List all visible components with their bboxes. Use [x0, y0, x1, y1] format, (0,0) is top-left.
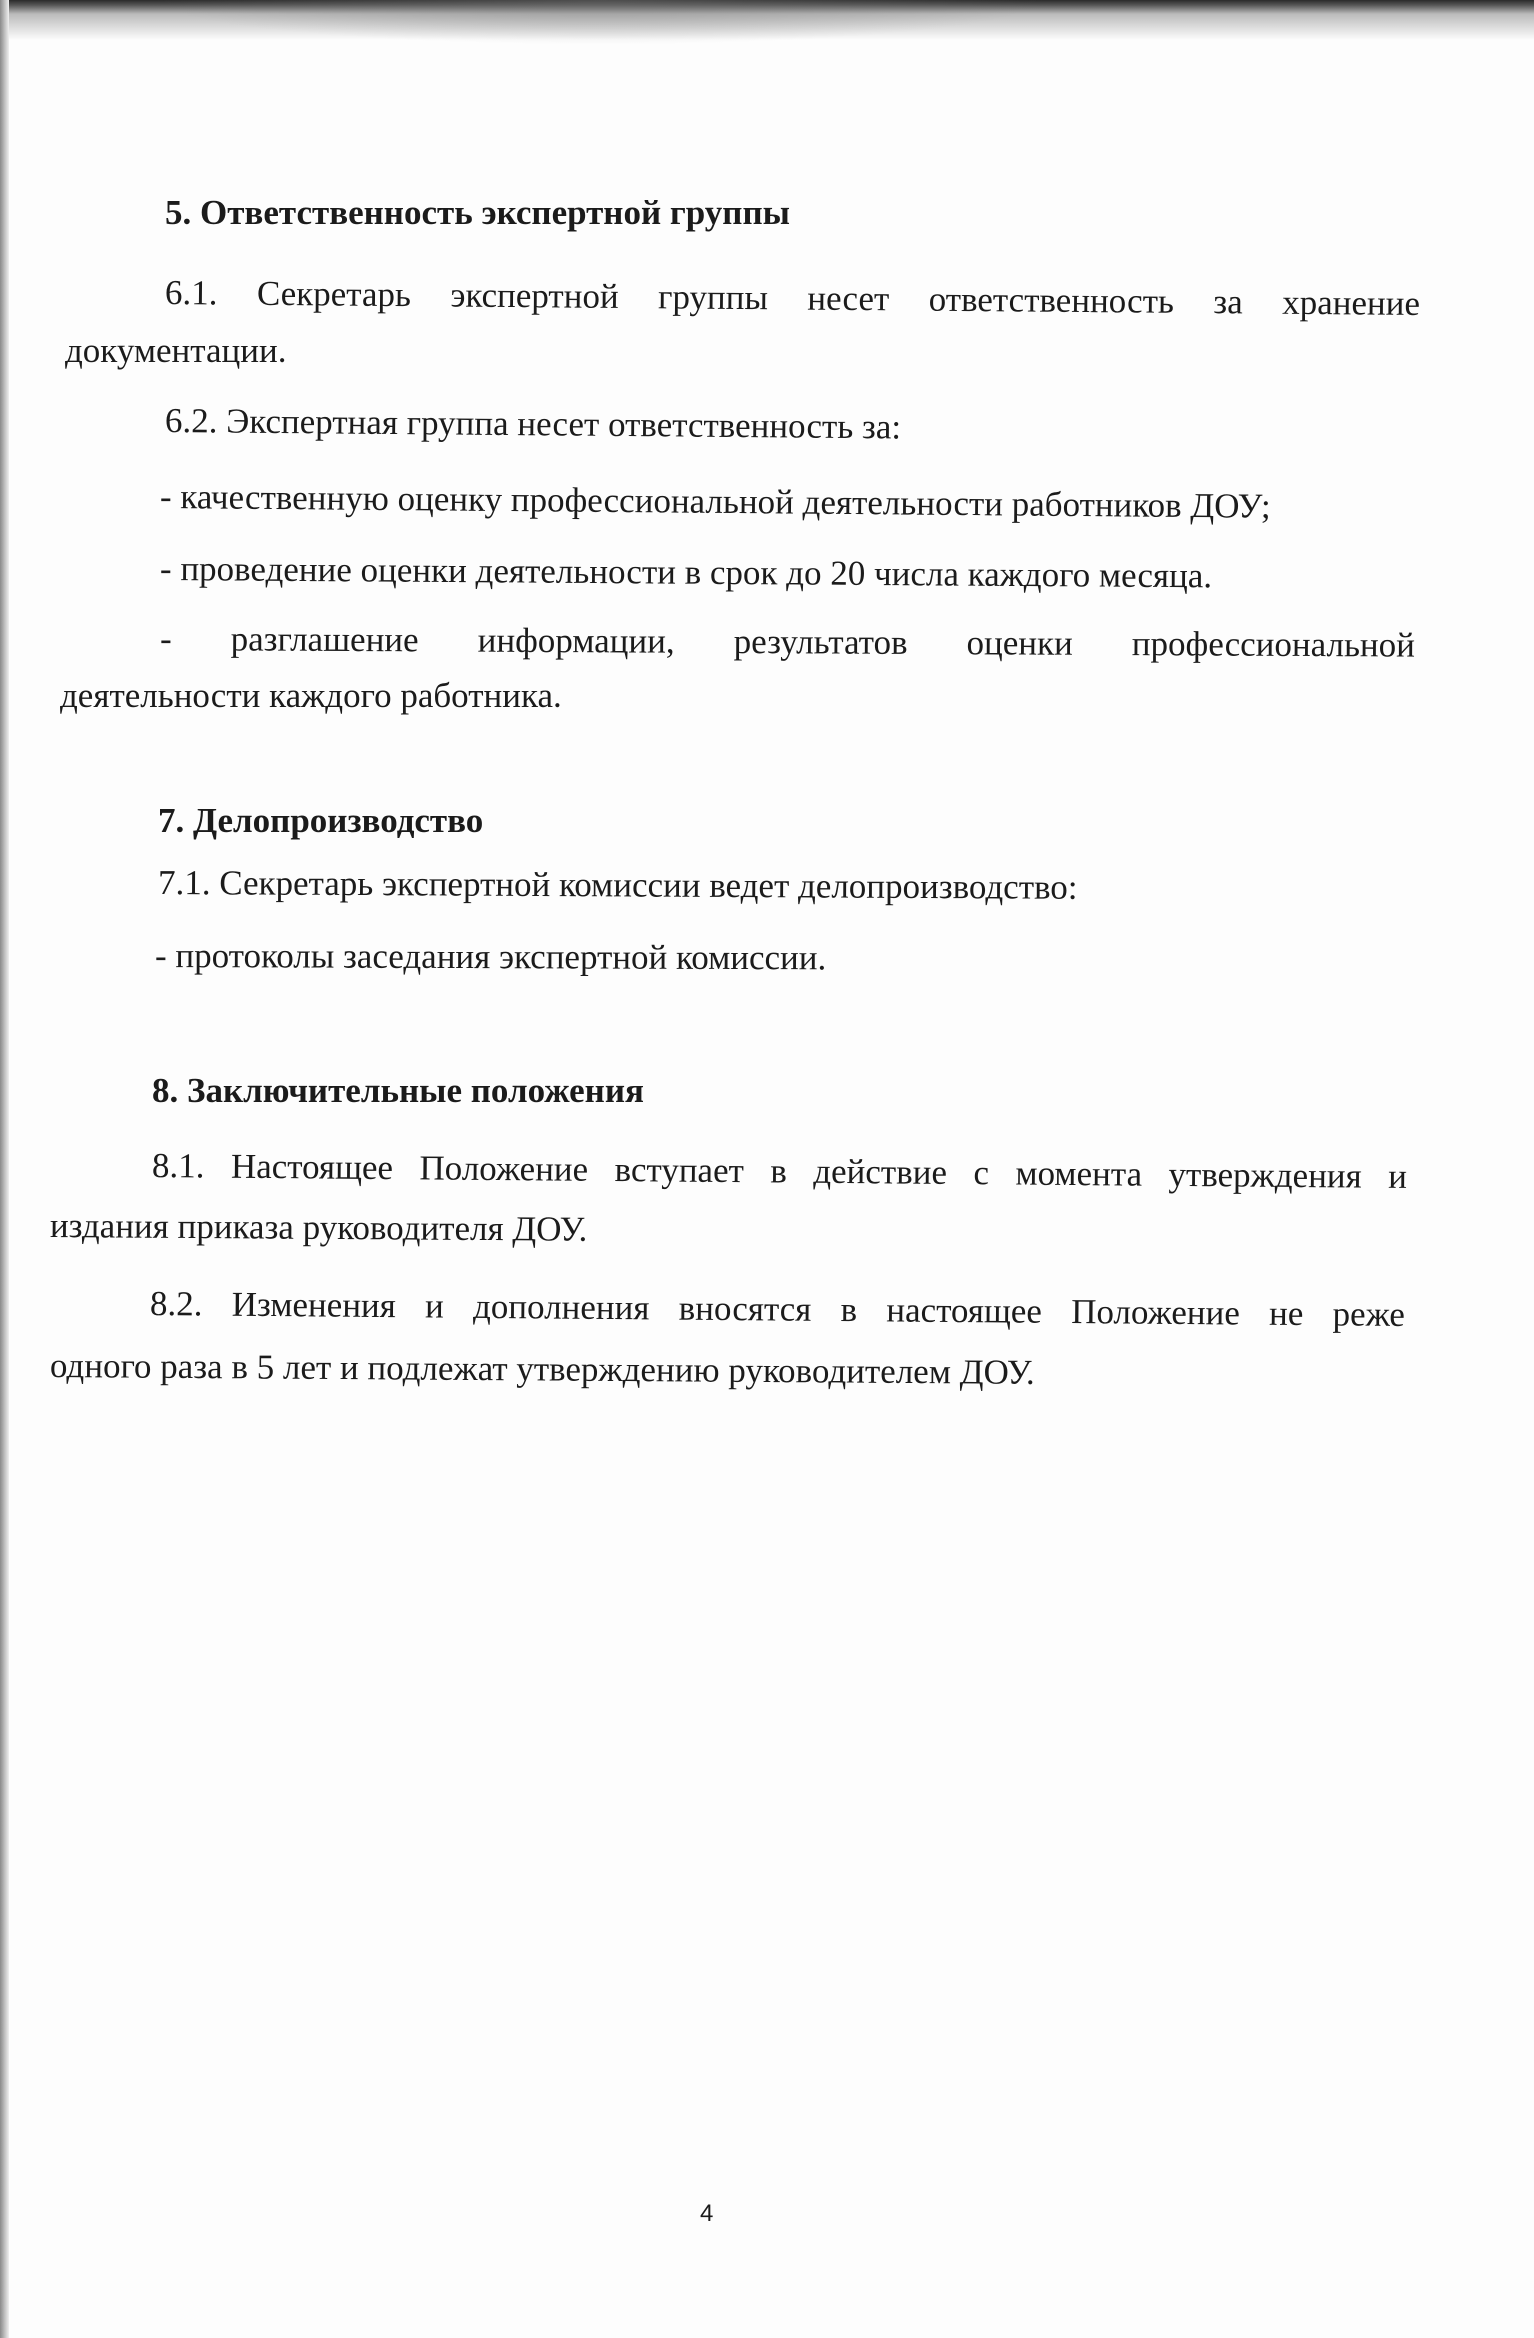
word: Секретарь — [257, 273, 411, 316]
word: не — [1269, 1293, 1304, 1335]
word: с — [973, 1152, 989, 1194]
word: - — [160, 618, 172, 660]
word: и — [425, 1285, 444, 1327]
word: Изменения — [232, 1284, 396, 1327]
word: в — [840, 1289, 857, 1331]
paragraph-8-1-continuation: издания приказа руководителя ДОУ. — [50, 1205, 588, 1251]
word: экспертной — [450, 274, 619, 317]
word: несет — [807, 278, 889, 321]
list-item-disclosure-continuation: деятельности каждого работника. — [60, 675, 562, 717]
word: Положение — [419, 1147, 588, 1190]
word: информации, — [478, 620, 675, 663]
word: 8.2. — [150, 1283, 203, 1325]
word: в — [770, 1150, 787, 1192]
paragraph-6-1-continuation: документации. — [65, 330, 286, 372]
paragraph-6-1-first-line: 6.1. Секретарь экспертной группы несет о… — [165, 272, 1420, 325]
word: вступает — [614, 1149, 744, 1192]
word: группы — [658, 276, 768, 319]
word: Настоящее — [231, 1146, 394, 1189]
scan-edge-left — [0, 0, 9, 2338]
paragraph-8-1-first-line: 8.1. Настоящее Положение вступает в дейс… — [152, 1145, 1407, 1198]
word: утверждения — [1168, 1154, 1362, 1198]
word: вносятся — [679, 1288, 812, 1331]
section-heading-8: 8. Заключительные положения — [152, 1070, 644, 1112]
list-item-disclosure-first-line: - разглашение информации, результатов оц… — [160, 618, 1415, 667]
word: хранение — [1282, 282, 1420, 325]
word: разглашение — [231, 618, 419, 661]
word: дополнения — [473, 1286, 650, 1330]
list-item-assessment-deadline: - проведение оценки деятельности в срок … — [160, 548, 1212, 597]
word: 8.1. — [152, 1145, 205, 1187]
section-heading-5: 5. Ответственность экспертной группы — [165, 192, 790, 234]
scan-shadow-fold — [150, 0, 1050, 45]
paragraph-7-1: 7.1. Секретарь экспертной комиссии ведет… — [158, 862, 1078, 909]
paragraph-8-2-continuation: одного раза в 5 лет и подлежат утвержден… — [50, 1345, 1035, 1394]
list-item-protocols: - протоколы заседания экспертной комисси… — [155, 935, 826, 979]
page-number: 4 — [700, 2200, 713, 2228]
word: результатов — [734, 621, 908, 664]
word: Положение — [1071, 1291, 1240, 1334]
word: реже — [1332, 1293, 1405, 1336]
word: 6.1. — [165, 272, 218, 314]
word: и — [1388, 1156, 1407, 1198]
word: оценки — [966, 622, 1072, 665]
word: ответственность — [929, 279, 1175, 323]
word: профессиональной — [1132, 623, 1415, 666]
section-heading-7: 7. Делопроизводство — [158, 800, 483, 842]
list-item-quality-assessment: - качественную оценку профессиональной д… — [160, 476, 1271, 528]
word: момента — [1015, 1153, 1142, 1196]
paragraph-8-2-first-line: 8.2. Изменения и дополнения вносятся в н… — [150, 1283, 1405, 1336]
paragraph-6-2: 6.2. Экспертная группа несет ответственн… — [165, 400, 901, 448]
word: действие — [813, 1151, 947, 1194]
word: за — [1213, 281, 1243, 323]
word: настоящее — [886, 1289, 1042, 1332]
